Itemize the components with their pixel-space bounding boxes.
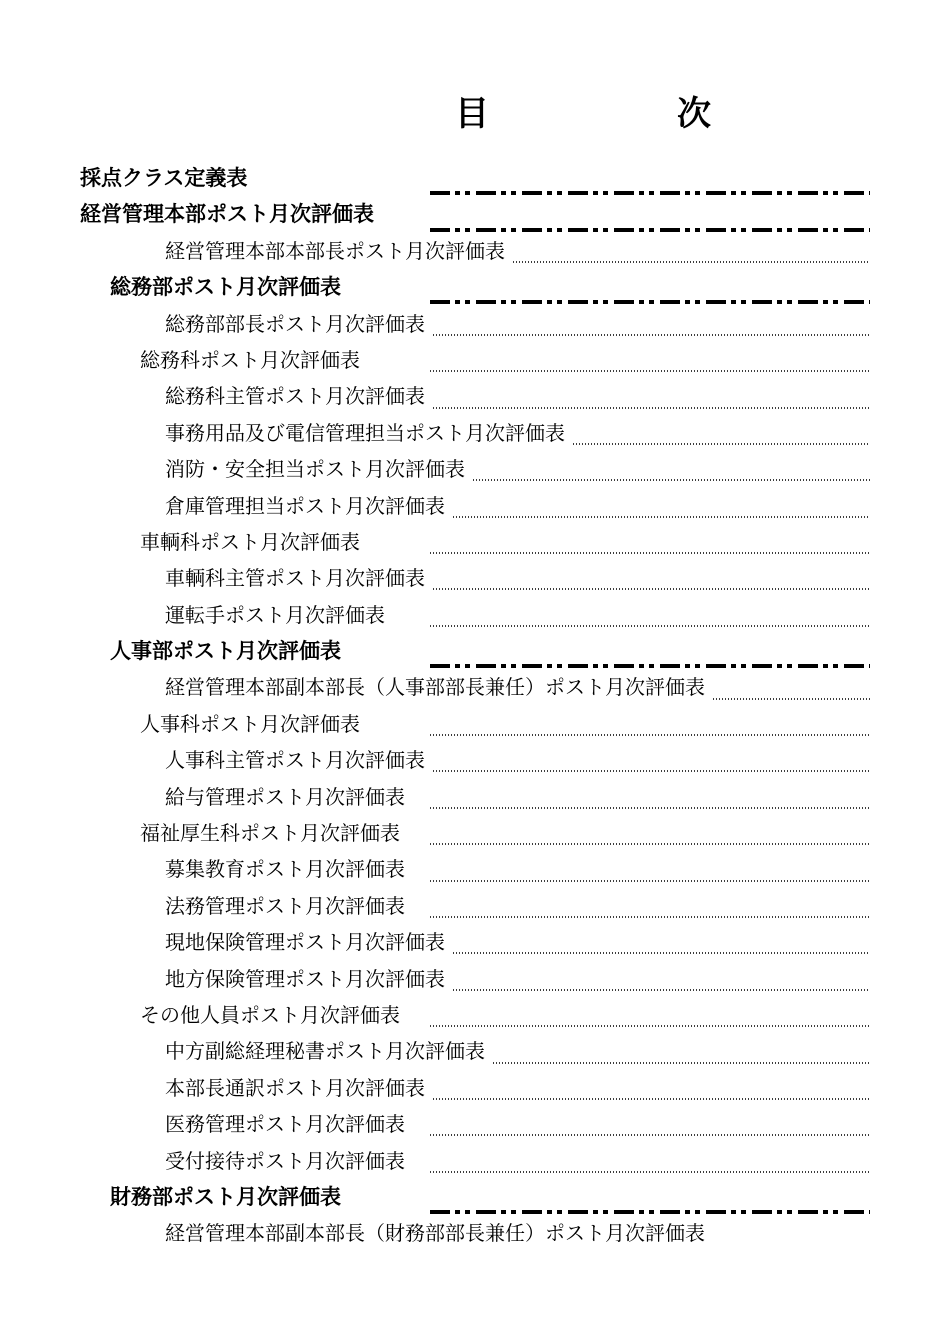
leader-line	[430, 1134, 870, 1136]
toc-row: 財務部ポスト月次評価表	[0, 1179, 950, 1215]
toc-row: 中方副総経理秘書ポスト月次評価表	[0, 1033, 950, 1069]
toc-row: 福祉厚生科ポスト月次評価表	[0, 815, 950, 851]
leader-line	[430, 916, 870, 918]
toc-entry-label: 総務部部長ポスト月次評価表	[165, 306, 425, 342]
toc-row: 消防・安全担当ポスト月次評価表	[0, 451, 950, 487]
leader-line	[513, 261, 870, 263]
toc-row: 経営管理本部本部長ポスト月次評価表	[0, 233, 950, 269]
leader-line	[453, 989, 870, 991]
leader-line	[430, 228, 870, 232]
toc-entry-label: 本部長通訳ポスト月次評価表	[165, 1070, 425, 1106]
leader-line	[430, 664, 870, 668]
toc-row: 車輌科主管ポスト月次評価表	[0, 560, 950, 596]
toc-row: 人事部ポスト月次評価表	[0, 633, 950, 669]
toc-row: 総務科主管ポスト月次評価表	[0, 378, 950, 414]
toc-entry-label: 総務科主管ポスト月次評価表	[165, 378, 425, 414]
toc-row: 経営管理本部副本部長（財務部部長兼任）ポスト月次評価表	[0, 1215, 950, 1251]
toc-entry-label: 総務科ポスト月次評価表	[140, 342, 422, 378]
toc-row: 倉庫管理担当ポスト月次評価表	[0, 488, 950, 524]
toc-row: 募集教育ポスト月次評価表	[0, 851, 950, 887]
toc-row: 現地保険管理ポスト月次評価表	[0, 924, 950, 960]
title-char-left: 目	[455, 92, 489, 136]
toc-row: 総務科ポスト月次評価表	[0, 342, 950, 378]
leader-line	[430, 807, 870, 809]
leader-line	[473, 479, 870, 481]
toc-entry-label: 運転手ポスト月次評価表	[165, 597, 422, 633]
toc-entry-label: 給与管理ポスト月次評価表	[165, 779, 422, 815]
leader-line	[433, 407, 870, 409]
leader-line	[430, 552, 870, 554]
leader-line	[430, 880, 870, 882]
toc-row: 経営管理本部ポスト月次評価表	[0, 196, 950, 232]
leader-line	[430, 370, 870, 372]
toc-row: 本部長通訳ポスト月次評価表	[0, 1070, 950, 1106]
toc-entry-label: 経営管理本部副本部長（財務部部長兼任）ポスト月次評価表	[165, 1215, 705, 1251]
toc-row: 車輌科ポスト月次評価表	[0, 524, 950, 560]
toc-row: 受付接待ポスト月次評価表	[0, 1143, 950, 1179]
toc-entry-label: 受付接待ポスト月次評価表	[165, 1143, 422, 1179]
toc-row: 総務部ポスト月次評価表	[0, 269, 950, 305]
leader-line	[430, 843, 870, 845]
toc-entry-label: 財務部ポスト月次評価表	[110, 1179, 430, 1215]
toc-entry-label: 現地保険管理ポスト月次評価表	[165, 924, 445, 960]
toc-row: 人事科ポスト月次評価表	[0, 706, 950, 742]
toc-entry-label: 福祉厚生科ポスト月次評価表	[140, 815, 422, 851]
leader-line	[430, 300, 870, 304]
document-page: 目 次 採点クラス定義表経営管理本部ポスト月次評価表経営管理本部本部長ポスト月次…	[0, 0, 950, 1344]
toc-entry-label: 倉庫管理担当ポスト月次評価表	[165, 488, 445, 524]
toc-entry-label: 経営管理本部本部長ポスト月次評価表	[165, 233, 505, 269]
leader-line	[430, 625, 870, 627]
leader-line	[433, 334, 870, 336]
leader-line	[573, 443, 870, 445]
leader-line	[430, 191, 870, 195]
page-title: 目 次	[0, 0, 950, 136]
toc-entry-label: 採点クラス定義表	[80, 160, 430, 196]
toc-entry-label: 経営管理本部副本部長（人事部部長兼任）ポスト月次評価表	[165, 669, 705, 705]
toc-row: 経営管理本部副本部長（人事部部長兼任）ポスト月次評価表	[0, 669, 950, 705]
toc-entry-label: 地方保険管理ポスト月次評価表	[165, 961, 445, 997]
leader-line	[433, 770, 870, 772]
toc-entry-label: 人事部ポスト月次評価表	[110, 633, 430, 669]
toc-entry-label: 車輌科ポスト月次評価表	[140, 524, 422, 560]
toc-row: 運転手ポスト月次評価表	[0, 597, 950, 633]
toc-row: 医務管理ポスト月次評価表	[0, 1106, 950, 1142]
leader-line	[433, 1098, 870, 1100]
toc-row: 総務部部長ポスト月次評価表	[0, 306, 950, 342]
toc-entry-label: 車輌科主管ポスト月次評価表	[165, 560, 425, 596]
toc-row: 事務用品及び電信管理担当ポスト月次評価表	[0, 415, 950, 451]
leader-line	[430, 1210, 870, 1214]
toc-entry-label: 人事科主管ポスト月次評価表	[165, 742, 425, 778]
leader-line	[430, 734, 870, 736]
leader-line	[713, 698, 870, 700]
toc-entry-label: 事務用品及び電信管理担当ポスト月次評価表	[165, 415, 565, 451]
leader-line	[433, 588, 870, 590]
toc-row: 人事科主管ポスト月次評価表	[0, 742, 950, 778]
toc-entry-label: 法務管理ポスト月次評価表	[165, 888, 422, 924]
toc-entry-label: 総務部ポスト月次評価表	[110, 269, 430, 305]
toc-row: その他人員ポスト月次評価表	[0, 997, 950, 1033]
toc-entry-label: その他人員ポスト月次評価表	[140, 997, 422, 1033]
toc-entry-label: 人事科ポスト月次評価表	[140, 706, 422, 742]
toc-entry-label: 医務管理ポスト月次評価表	[165, 1106, 422, 1142]
toc-row: 給与管理ポスト月次評価表	[0, 779, 950, 815]
title-char-right: 次	[677, 92, 711, 136]
toc-row: 採点クラス定義表	[0, 160, 950, 196]
toc-entry-label: 経営管理本部ポスト月次評価表	[80, 196, 430, 232]
toc-entry-label: 募集教育ポスト月次評価表	[165, 851, 422, 887]
leader-line	[453, 516, 870, 518]
toc-row: 法務管理ポスト月次評価表	[0, 888, 950, 924]
leader-line	[493, 1062, 870, 1064]
leader-line	[430, 1171, 870, 1173]
leader-line	[430, 1025, 870, 1027]
table-of-contents: 採点クラス定義表経営管理本部ポスト月次評価表経営管理本部本部長ポスト月次評価表総…	[0, 160, 950, 1252]
toc-row: 地方保険管理ポスト月次評価表	[0, 961, 950, 997]
leader-line	[453, 952, 870, 954]
toc-entry-label: 消防・安全担当ポスト月次評価表	[165, 451, 465, 487]
toc-entry-label: 中方副総経理秘書ポスト月次評価表	[165, 1033, 485, 1069]
